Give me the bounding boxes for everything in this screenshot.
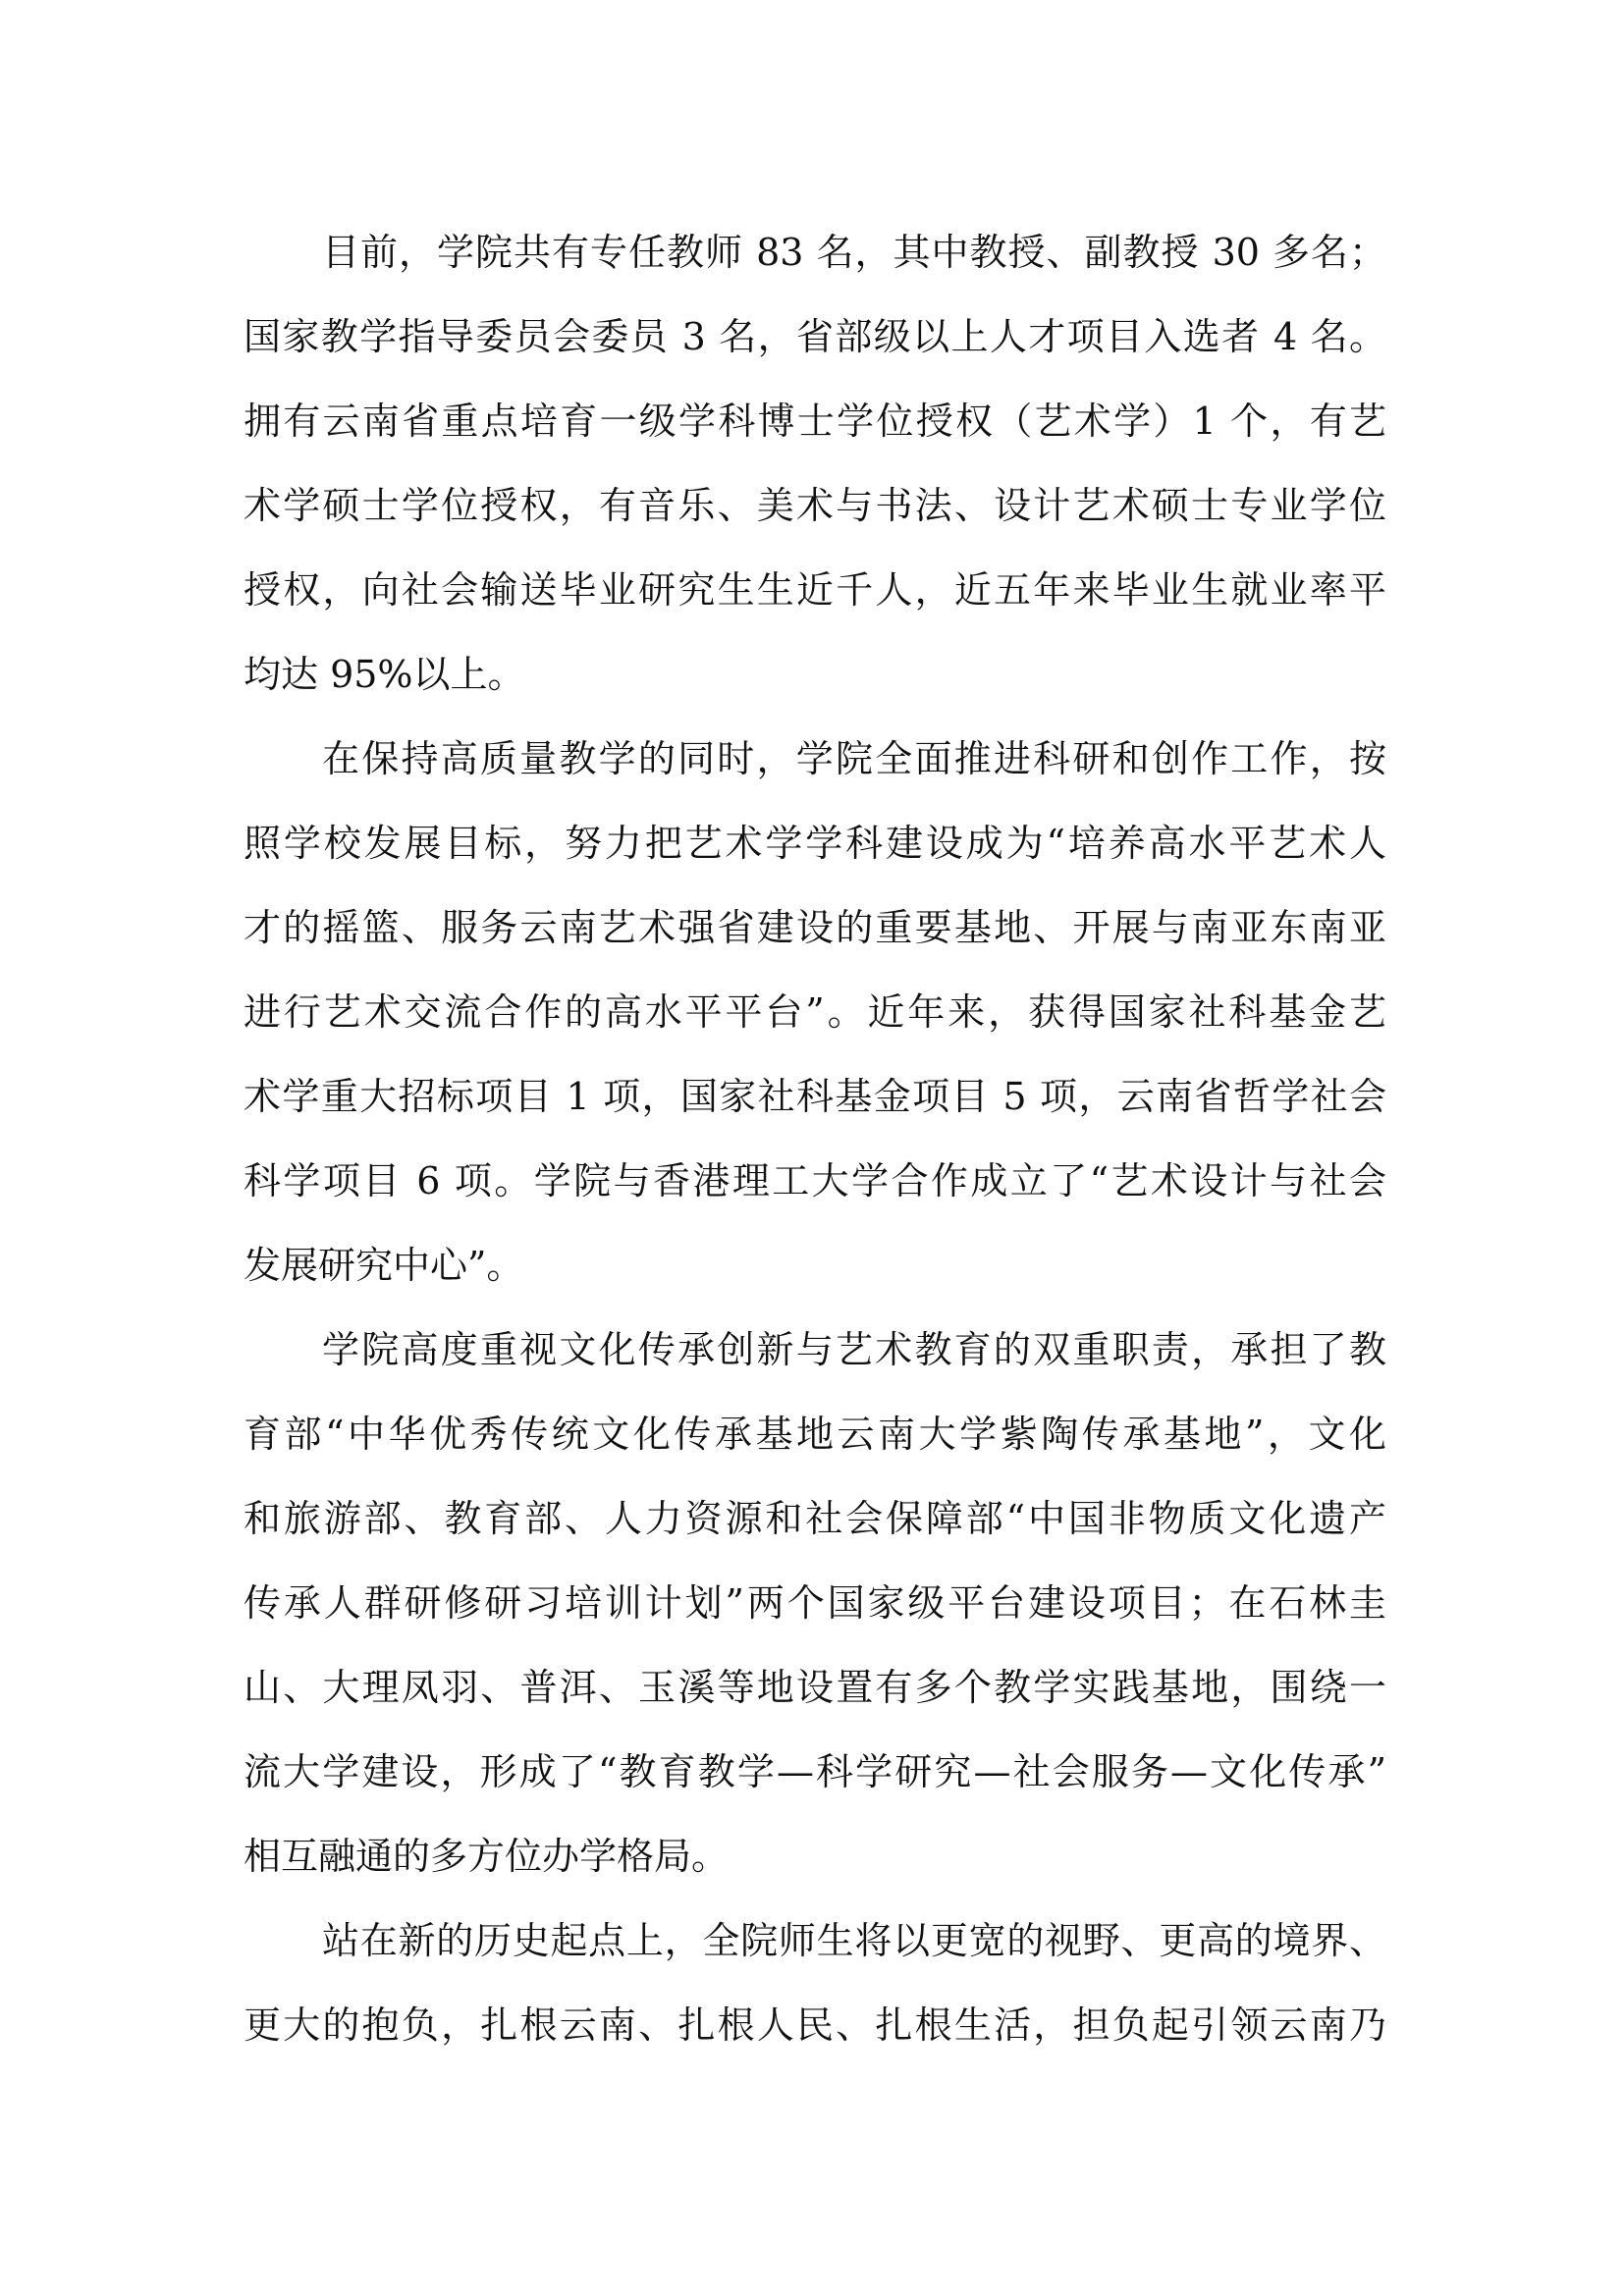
text-line: 更大的抱负，扎根云南、扎根人民、扎根生活，担负起引领云南乃 bbox=[244, 1983, 1386, 2067]
text-line: 站在新的历史起点上，全院师生将以更宽的视野、更高的境界、 bbox=[244, 1898, 1386, 1983]
text-line: 均达 95%以上。 bbox=[244, 632, 1386, 717]
text-line: 目前，学院共有专任教师 83 名，其中教授、副教授 30 多名； bbox=[244, 210, 1386, 294]
text-line: 授权，向社会输送毕业研究生生近千人，近五年来毕业生就业率平 bbox=[244, 548, 1386, 632]
text-line: 科学项目 6 项。学院与香港理工大学合作成立了“艺术设计与社会 bbox=[244, 1139, 1386, 1223]
text-line: 传承人群研修研习培训计划”两个国家级平台建设项目；在石林圭 bbox=[244, 1561, 1386, 1645]
text-line: 和旅游部、教育部、人力资源和社会保障部“中国非物质文化遗产 bbox=[244, 1476, 1386, 1561]
paragraph-research: 在保持高质量教学的同时，学院全面推进科研和创作工作，按 照学校发展目标，努力把艺… bbox=[244, 717, 1386, 1308]
paragraph-outlook: 站在新的历史起点上，全院师生将以更宽的视野、更高的境界、 更大的抱负，扎根云南、… bbox=[244, 1898, 1386, 2067]
text-line: 学院高度重视文化传承创新与艺术教育的双重职责，承担了教 bbox=[244, 1308, 1386, 1392]
text-line: 发展研究中心”。 bbox=[244, 1223, 1386, 1308]
body-text: 目前，学院共有专任教师 83 名，其中教授、副教授 30 多名； 国家教学指导委… bbox=[244, 210, 1386, 2067]
paragraph-heritage: 学院高度重视文化传承创新与艺术教育的双重职责，承担了教 育部“中华优秀传统文化传… bbox=[244, 1308, 1386, 1898]
text-line: 育部“中华优秀传统文化传承基地云南大学紫陶传承基地”，文化 bbox=[244, 1392, 1386, 1476]
text-line: 术学硕士学位授权，有音乐、美术与书法、设计艺术硕士专业学位 bbox=[244, 463, 1386, 548]
text-line: 相互融通的多方位办学格局。 bbox=[244, 1814, 1386, 1898]
text-line: 拥有云南省重点培育一级学科博士学位授权（艺术学）1 个，有艺 bbox=[244, 379, 1386, 463]
document-page: 目前，学院共有专任教师 83 名，其中教授、副教授 30 多名； 国家教学指导委… bbox=[0, 0, 1624, 2296]
text-line: 在保持高质量教学的同时，学院全面推进科研和创作工作，按 bbox=[244, 717, 1386, 801]
text-line: 术学重大招标项目 1 项，国家社科基金项目 5 项，云南省哲学社会 bbox=[244, 1054, 1386, 1139]
text-line: 山、大理凤羽、普洱、玉溪等地设置有多个教学实践基地，围绕一 bbox=[244, 1645, 1386, 1730]
paragraph-faculty: 目前，学院共有专任教师 83 名，其中教授、副教授 30 多名； 国家教学指导委… bbox=[244, 210, 1386, 717]
text-line: 照学校发展目标，努力把艺术学学科建设成为“培养高水平艺术人 bbox=[244, 801, 1386, 885]
text-line: 进行艺术交流合作的高水平平台”。近年来，获得国家社科基金艺 bbox=[244, 970, 1386, 1054]
text-line: 才的摇篮、服务云南艺术强省建设的重要基地、开展与南亚东南亚 bbox=[244, 885, 1386, 970]
text-line: 国家教学指导委员会委员 3 名，省部级以上人才项目入选者 4 名。 bbox=[244, 294, 1386, 379]
text-line: 流大学建设，形成了“教育教学—科学研究—社会服务—文化传承” bbox=[244, 1730, 1386, 1814]
